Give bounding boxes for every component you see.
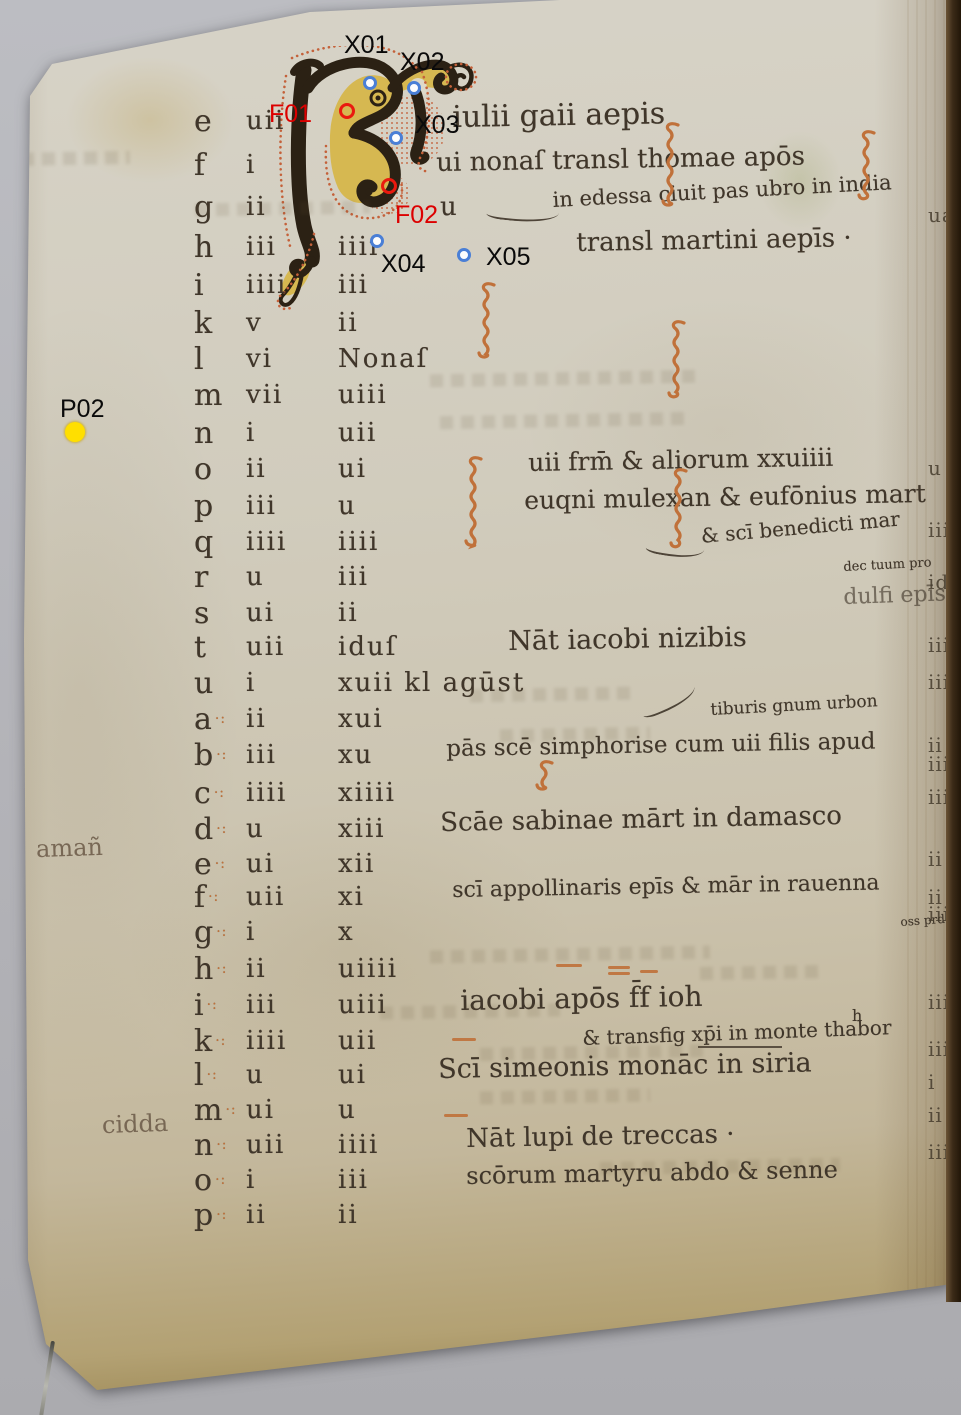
- marker-point-f01[interactable]: [339, 103, 355, 119]
- page-wrapper: euiifigiiuhiiiiiiiiiiiiiiikviilviNonaſmv…: [0, 0, 961, 1415]
- margin-note: cidda: [102, 1109, 169, 1139]
- rubric-i-flourish: [858, 130, 882, 212]
- feast-entry: iulii gaii aepis: [452, 96, 665, 135]
- letter-dots: ·:: [205, 889, 219, 905]
- golden-number: ii: [246, 704, 267, 734]
- marker-point-x03[interactable]: [389, 131, 403, 145]
- golden-number: i: [246, 917, 256, 947]
- day-letter: r: [194, 560, 208, 595]
- day-letter: m: [194, 378, 222, 413]
- rubric-i-flourish: [478, 282, 502, 370]
- day-letter: k·:: [194, 1024, 226, 1059]
- day-count: iduſ: [338, 632, 397, 662]
- day-letter: l·:: [194, 1058, 218, 1093]
- day-letter: b·:: [194, 738, 227, 773]
- day-letter: h·:: [194, 952, 228, 987]
- golden-number: vi: [246, 344, 273, 374]
- rubric-i-flourish: [465, 456, 489, 558]
- day-count: uiii: [338, 380, 388, 410]
- golden-number: v: [246, 308, 263, 338]
- margin-note: amañ: [36, 833, 104, 863]
- golden-number: iii: [246, 232, 277, 262]
- ghost-text-patch: [430, 946, 710, 964]
- letter-dots: ·:: [212, 1172, 226, 1188]
- letter-dots: ·:: [222, 1102, 236, 1118]
- feast-entry: & scī benedicti mar: [700, 507, 901, 548]
- golden-number: ii: [246, 1200, 267, 1230]
- rubric-dash: [556, 964, 582, 967]
- day-letter: n: [194, 416, 213, 451]
- day-count: xiiii: [338, 778, 396, 808]
- day-letter: k: [194, 306, 212, 341]
- day-letter: e: [194, 104, 212, 139]
- day-letter: p: [194, 489, 213, 524]
- marker-label-x05: X05: [486, 243, 530, 272]
- marker-point-x01[interactable]: [363, 76, 377, 90]
- day-count: uiiii: [338, 954, 398, 984]
- golden-number: uii: [246, 1130, 285, 1160]
- ink-underline: [698, 1046, 782, 1048]
- day-letter: g·:: [194, 915, 227, 950]
- golden-number: i: [246, 1165, 256, 1195]
- golden-number: iii: [246, 990, 277, 1020]
- day-letter: l: [194, 342, 204, 377]
- day-count: xiii: [338, 814, 386, 844]
- golden-number: u: [246, 814, 265, 844]
- golden-number: iiii: [246, 778, 287, 808]
- day-letter: s: [194, 596, 209, 631]
- day-letter: e·:: [194, 847, 226, 882]
- marker-label-f02: F02: [395, 201, 438, 230]
- ghost-text-patch: [480, 1089, 650, 1105]
- day-letter: c·:: [194, 776, 225, 811]
- letter-dots: ·:: [213, 961, 227, 977]
- letter-dots: ·:: [213, 747, 227, 763]
- day-count: iiii: [338, 1130, 379, 1160]
- golden-number: ui: [246, 598, 275, 628]
- feast-entry: Scāe sabinae mārt in damasco: [440, 801, 842, 838]
- ghost-text-patch: [440, 412, 690, 429]
- feast-entry: transl martini aepīs ·: [576, 223, 852, 258]
- rubric-dash: [608, 972, 630, 975]
- golden-number: i: [246, 418, 256, 448]
- feast-entry: tiburis gnum urbon: [710, 691, 878, 720]
- day-letter: f·:: [194, 880, 219, 915]
- day-count: iii: [338, 1165, 369, 1195]
- day-letter: i·:: [194, 988, 218, 1023]
- photographed-manuscript-scene: euiifigiiuhiiiiiiiiiiiiiiikviilviNonaſmv…: [0, 0, 961, 1415]
- letter-dots: ·:: [204, 1067, 218, 1083]
- letter-dots: ·:: [212, 856, 226, 872]
- rubric-dash: [444, 1114, 468, 1117]
- golden-number: ii: [246, 954, 267, 984]
- golden-number: ui: [246, 1095, 275, 1125]
- day-count: u: [338, 1095, 357, 1125]
- manuscript-page: euiifigiiuhiiiiiiiiiiiiiiikviilviNonaſmv…: [0, 0, 961, 1415]
- day-count: x: [338, 917, 355, 947]
- marker-point-f02[interactable]: [381, 178, 397, 194]
- letter-dots: ·:: [213, 821, 227, 837]
- golden-number: i: [246, 150, 256, 180]
- rubric-i-flourish: [668, 320, 692, 410]
- rubric-i-flourish: [662, 122, 686, 218]
- feast-entry: Nāt iacobi nizibis: [508, 622, 747, 657]
- feast-entry: scī appollinaris epīs & mār in rauenna: [452, 871, 880, 903]
- day-letter: o: [194, 452, 212, 487]
- golden-number: i: [246, 668, 256, 698]
- ghost-text-patch: [0, 151, 130, 166]
- day-count: xui: [338, 704, 384, 734]
- day-letter: d·:: [194, 812, 227, 847]
- rubric-i-flourish: [536, 760, 560, 802]
- marker-point-x02[interactable]: [407, 81, 421, 95]
- marker-point-x04[interactable]: [370, 234, 384, 248]
- golden-number: iiii: [246, 270, 287, 300]
- letter-dots: ·:: [213, 1207, 227, 1223]
- day-letter: m·:: [194, 1093, 237, 1128]
- ghost-text-patch: [430, 370, 700, 388]
- day-letter: t: [194, 630, 206, 665]
- marker-label-x02: X02: [400, 48, 444, 77]
- golden-number: ui: [246, 849, 275, 879]
- day-count: xii: [338, 849, 375, 879]
- rubric-dash: [608, 966, 630, 969]
- golden-number: u: [246, 562, 265, 592]
- day-count: xu: [338, 740, 373, 770]
- letter-dots: ·:: [211, 785, 225, 801]
- letter-dots: ·:: [213, 1137, 227, 1153]
- marker-label-f01: F01: [269, 100, 312, 129]
- rubric-dash: [452, 1038, 476, 1041]
- golden-number: iii: [246, 740, 277, 770]
- day-count: uii: [338, 1026, 377, 1056]
- golden-number: ii: [246, 454, 267, 484]
- day-letter: n·:: [194, 1128, 228, 1163]
- letter-dots: ·:: [212, 1033, 226, 1049]
- feast-entry: h: [852, 1006, 862, 1025]
- day-count: ii: [338, 598, 359, 628]
- marker-point-p02[interactable]: [65, 422, 85, 442]
- day-count: iii: [338, 270, 369, 300]
- day-count: ii: [338, 308, 359, 338]
- golden-number: u: [246, 1060, 265, 1090]
- marker-label-p02: P02: [60, 395, 104, 424]
- day-count: ui: [338, 454, 367, 484]
- golden-number: uii: [246, 882, 285, 912]
- golden-number: iiii: [246, 1026, 287, 1056]
- day-letter: i: [194, 268, 204, 303]
- day-count: xi: [338, 882, 365, 912]
- letter-dots: ·:: [213, 924, 227, 940]
- day-count: Nonaſ: [338, 344, 428, 374]
- day-count: ui: [338, 1060, 367, 1090]
- day-letter: p·:: [194, 1198, 227, 1233]
- ghost-text-patch: [470, 687, 630, 703]
- day-count: iii: [338, 562, 369, 592]
- day-letter: q: [194, 525, 213, 560]
- feast-entry: ui nonaſ transl thomae apōs: [436, 142, 805, 178]
- marker-label-x01: X01: [344, 31, 388, 60]
- ink-swash: [486, 200, 559, 225]
- feast-entry: in edessa ciuit pas ubro in india: [552, 170, 892, 212]
- letter-dots: ·:: [204, 997, 218, 1013]
- day-count: iiii: [338, 527, 379, 557]
- day-count: u: [338, 491, 357, 521]
- day-count: ii: [338, 1200, 359, 1230]
- illuminated-initial-kl: [270, 46, 482, 318]
- day-letter: a·:: [194, 702, 226, 737]
- ghost-text-patch: [380, 1003, 560, 1019]
- book-binding-edge: [946, 0, 961, 1302]
- ghost-text-patch: [700, 965, 820, 980]
- ghost-text-patch: [500, 727, 650, 743]
- ink-swash: [638, 682, 699, 720]
- golden-number: vii: [246, 380, 283, 410]
- golden-number: uii: [246, 632, 285, 662]
- marker-label-x03: X03: [415, 111, 459, 140]
- day-letter: f: [194, 148, 205, 183]
- golden-number: iiii: [246, 527, 287, 557]
- day-letter: h: [194, 230, 213, 265]
- day-letter: u: [194, 666, 213, 701]
- feast-entry: Nāt lupi de treccas ·: [466, 1119, 735, 1154]
- marker-label-x04: X04: [381, 250, 425, 279]
- day-letter: o·:: [194, 1163, 226, 1198]
- day-count: u: [440, 192, 459, 222]
- rubric-dash: [640, 970, 658, 973]
- letter-dots: ·:: [212, 711, 226, 727]
- marker-point-x05[interactable]: [457, 248, 471, 262]
- day-count: uii: [338, 418, 377, 448]
- golden-number: iii: [246, 491, 277, 521]
